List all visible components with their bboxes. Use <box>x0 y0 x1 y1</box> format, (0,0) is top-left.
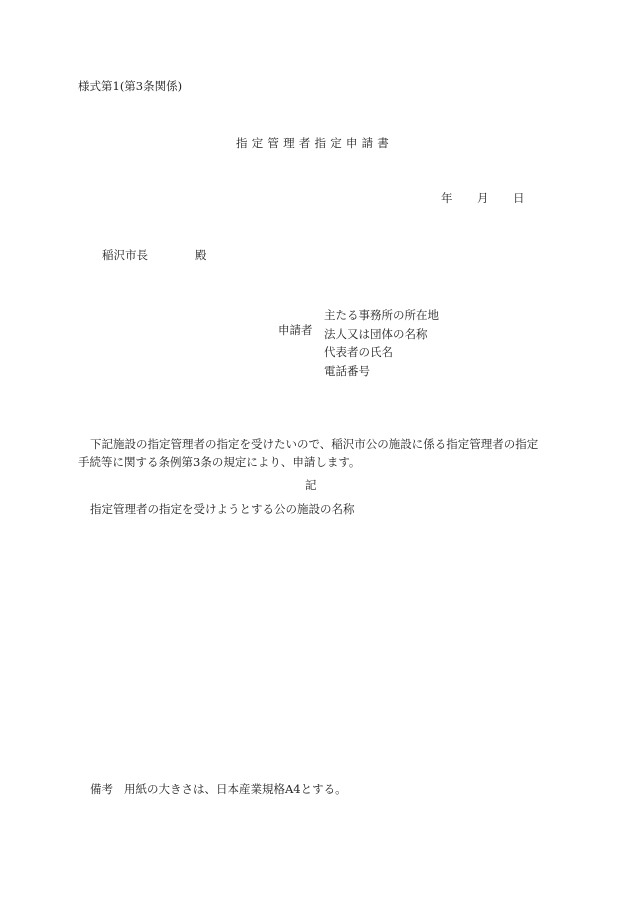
ki-heading: 記 <box>305 480 317 492</box>
statement-line-2: 手続等に関する条例第3条の規定により、申請します。 <box>78 453 538 471</box>
addressee-honorific: 殿 <box>195 250 207 262</box>
remarks: 備考 用紙の大きさは、日本産業規格A4とする。 <box>90 784 347 796</box>
remarks-text: 用紙の大きさは、日本産業規格A4とする。 <box>124 784 347 796</box>
applicant-fields: 主たる事務所の所在地 法人又は団体の名称 代表者の氏名 電話番号 <box>324 306 439 380</box>
applicant-label: 申請者 <box>278 325 313 337</box>
applicant-field-phone: 電話番号 <box>324 362 439 381</box>
form-number: 様式第1(第3条関係) <box>78 81 182 93</box>
applicant-field-address: 主たる事務所の所在地 <box>324 306 439 325</box>
day-label: 日 <box>513 193 525 205</box>
addressee: 稲沢市長 殿 <box>102 250 207 262</box>
remarks-label: 備考 <box>90 784 124 796</box>
date-line: 年 月 日 <box>441 193 525 205</box>
document-title: 指定管理者指定申請書 <box>236 138 393 150</box>
addressee-name: 稲沢市長 <box>102 250 195 262</box>
year-label: 年 <box>441 193 477 205</box>
applicant-field-representative: 代表者の氏名 <box>324 343 439 362</box>
month-label: 月 <box>477 193 513 205</box>
statement-line-1: 下記施設の指定管理者の指定を受けたいので、稲沢市公の施設に係る指定管理者の指定 <box>78 435 538 453</box>
facility-name-label: 指定管理者の指定を受けようとする公の施設の名称 <box>90 504 355 516</box>
applicant-field-organization: 法人又は団体の名称 <box>324 325 439 344</box>
application-statement: 下記施設の指定管理者の指定を受けたいので、稲沢市公の施設に係る指定管理者の指定 … <box>78 435 538 471</box>
